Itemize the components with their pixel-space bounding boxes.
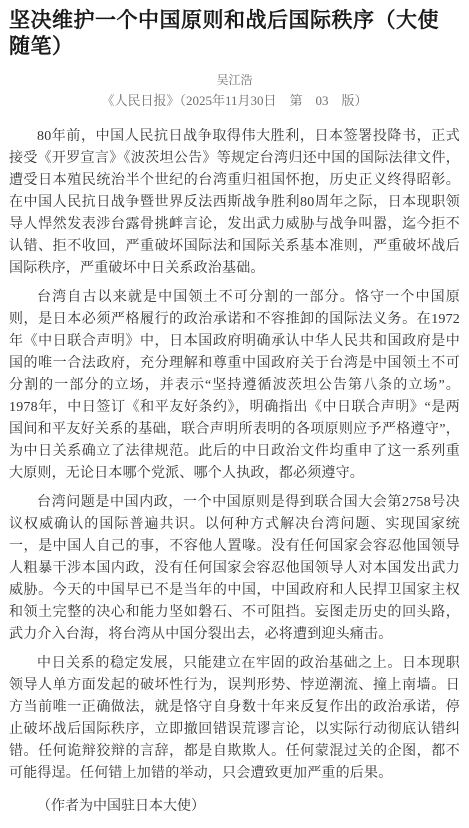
article-page: { "colors": { "background": "#ffffff", "… bbox=[0, 0, 469, 828]
author-note: （作者为中国驻日本大使） bbox=[9, 796, 460, 818]
publication-info: 《人民日报》（2025年11月30日 第 03 版） bbox=[9, 93, 460, 109]
article-meta: 吴江浩 《人民日报》（2025年11月30日 第 03 版） bbox=[9, 73, 460, 109]
article-paragraph: 中日关系的稳定发展，只能建立在牢固的政治基础之上。日本现职领导人单方面发起的破坏… bbox=[9, 653, 460, 785]
article-paragraph: 80年前，中国人民抗日战争取得伟大胜利，日本签署投降书，正式接受《开罗宣言》《波… bbox=[9, 126, 460, 280]
article-body: 80年前，中国人民抗日战争取得伟大胜利，日本签署投降书，正式接受《开罗宣言》《波… bbox=[9, 126, 460, 785]
author-name: 吴江浩 bbox=[9, 73, 460, 87]
article-paragraph: 台湾问题是中国内政，一个中国原则是得到联合国大会第2758号决议权威确认的国际普… bbox=[9, 492, 460, 646]
article-paragraph: 台湾自古以来就是中国领土不可分割的一部分。恪守一个中国原则，是日本必须严格履行的… bbox=[9, 287, 460, 485]
article-title: 坚决维护一个中国原则和战后国际秩序（大使随笔） bbox=[9, 8, 460, 60]
article-container: 坚决维护一个中国原则和战后国际秩序（大使随笔） 吴江浩 《人民日报》（2025年… bbox=[0, 0, 469, 828]
